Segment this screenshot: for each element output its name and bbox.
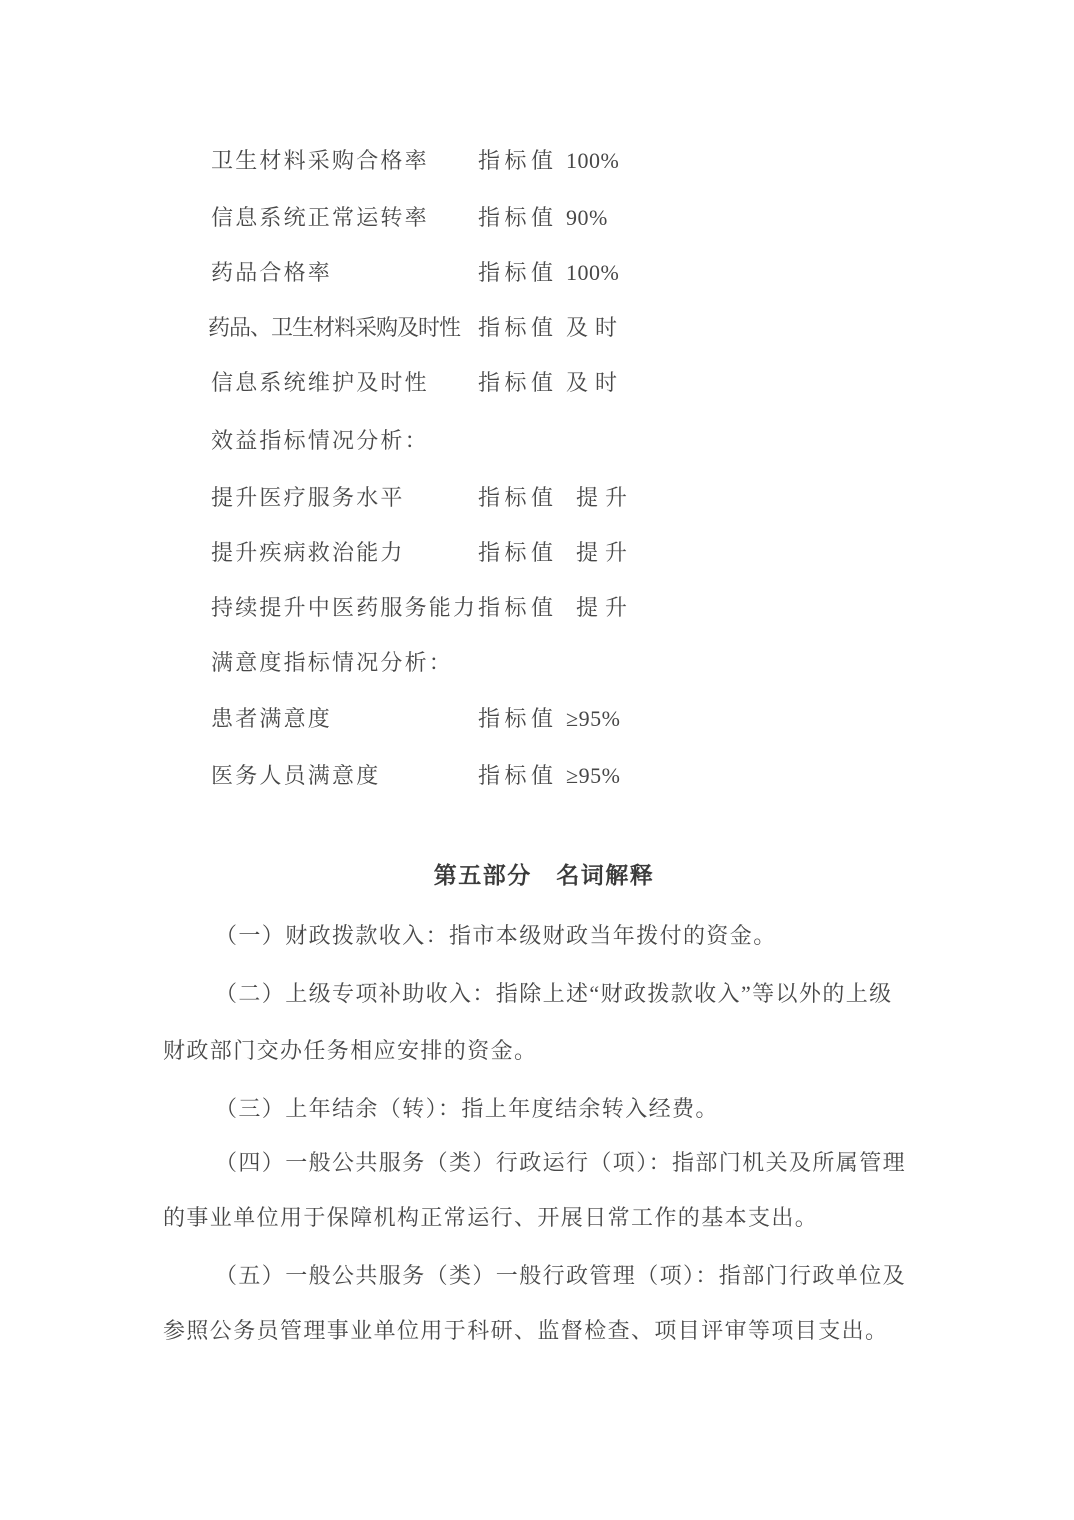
indicator-value: 100%: [566, 258, 619, 288]
indicator-row: 药品合格率 指标值 100%: [0, 258, 1074, 288]
glossary-line: （五）一般公共服务（类）一般行政管理（项）：指部门行政单位及: [163, 1261, 906, 1291]
indicator-label: 效益指标情况分析：: [211, 426, 429, 456]
indicator-label: 提升医疗服务水平: [211, 483, 405, 513]
analysis-subheading: 满意度指标情况分析：: [0, 648, 1074, 678]
glossary-line: （三）上年结余（转）：指上年度结余转入经费。: [163, 1094, 719, 1124]
analysis-subheading: 效益指标情况分析：: [0, 426, 1074, 456]
glossary-line: （四）一般公共服务（类）行政运行（项）：指部门机关及所属管理: [163, 1148, 906, 1178]
indicator-row: 提升医疗服务水平 指标值 提升: [0, 483, 1074, 513]
glossary-line: （二）上级专项补助收入：指除上述“财政拨款收入”等以外的上级: [163, 979, 893, 1009]
indicator-value: ≥95%: [566, 761, 620, 791]
indicator-key: 指标值: [478, 368, 558, 398]
indicator-row: 信息系统正常运转率 指标值 90%: [0, 203, 1074, 233]
glossary-line: （一）财政拨款收入：指市本级财政当年拨付的资金。: [163, 921, 777, 951]
indicator-value: 提升: [576, 593, 634, 623]
indicator-key: 指标值: [478, 538, 558, 568]
glossary-line: 财政部门交办任务相应安排的资金。: [163, 1036, 537, 1066]
indicator-label: 患者满意度: [211, 704, 332, 734]
indicator-value: 及时: [566, 368, 624, 398]
glossary-line: 的事业单位用于保障机构正常运行、开展日常工作的基本支出。: [163, 1203, 818, 1233]
indicator-label: 药品、卫生材料采购及时性: [208, 313, 460, 343]
glossary-line: 参照公务员管理事业单位用于科研、监督检查、项目评审等项目支出。: [163, 1316, 888, 1346]
indicator-key: 指标值: [478, 146, 558, 176]
indicator-label: 医务人员满意度: [211, 761, 380, 791]
indicator-key: 指标值: [478, 313, 558, 343]
indicator-value: 提升: [576, 538, 634, 568]
indicator-row: 持续提升中医药服务能力 指标值 提升: [0, 593, 1074, 623]
indicator-row: 信息系统维护及时性 指标值 及时: [0, 368, 1074, 398]
indicator-key: 指标值: [478, 761, 558, 791]
indicator-label: 信息系统正常运转率: [211, 203, 429, 233]
indicator-value: ≥95%: [566, 704, 620, 734]
indicator-value: 提升: [576, 483, 634, 513]
indicator-row: 药品、卫生材料采购及时性 指标值 及时: [0, 313, 1074, 343]
document-page: 卫生材料采购合格率 指标值 100% 信息系统正常运转率 指标值 90% 药品合…: [0, 0, 1074, 1520]
indicator-value: 及时: [566, 313, 624, 343]
indicator-row: 提升疾病救治能力 指标值 提升: [0, 538, 1074, 568]
indicator-label: 提升疾病救治能力: [211, 538, 405, 568]
indicator-value: 100%: [566, 146, 619, 176]
indicator-label: 药品合格率: [211, 258, 332, 288]
indicator-row: 患者满意度 指标值 ≥95%: [0, 704, 1074, 734]
indicator-value: 90%: [566, 203, 608, 233]
indicator-label: 持续提升中医药服务能力: [211, 593, 477, 623]
indicator-key: 指标值: [478, 258, 558, 288]
section-heading: 第五部分 名词解释: [7, 860, 1074, 890]
indicator-row: 卫生材料采购合格率 指标值 100%: [0, 146, 1074, 176]
indicator-label: 卫生材料采购合格率: [211, 146, 429, 176]
indicator-key: 指标值: [478, 483, 558, 513]
indicator-label: 满意度指标情况分析：: [211, 648, 453, 678]
indicator-key: 指标值: [478, 593, 558, 623]
indicator-key: 指标值: [478, 704, 558, 734]
indicator-key: 指标值: [478, 203, 558, 233]
indicator-label: 信息系统维护及时性: [211, 368, 429, 398]
indicator-row: 医务人员满意度 指标值 ≥95%: [0, 761, 1074, 791]
